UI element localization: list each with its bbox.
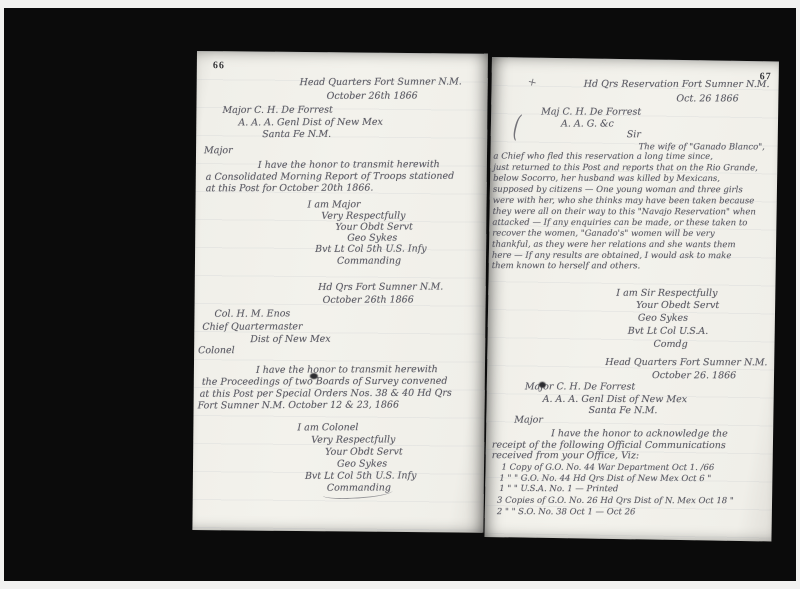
closing-line: Bvt Lt Col U.S.A. [628,326,709,337]
body-line: a Chief who fled this reservation a long… [493,152,713,163]
closing-line: Comdg [653,339,687,350]
body-line: just returned to this Post and reports t… [493,163,758,174]
date-line: October 26. 1866 [652,370,736,381]
body-line: at this Post per Special Orders Nos. 38 … [200,388,452,400]
body-line: the Proceedings of two Boards of Survey … [202,376,448,388]
signature-line: Geo Sykes [347,233,397,244]
body-line: supposed by citizens — One young woman a… [493,185,743,196]
closing-line: Commanding [337,256,401,267]
closing-line: Bvt Lt Col 5th U.S. Infy [315,243,427,254]
closing-line: Very Respectfully [311,434,395,445]
list-line: 2 " " S.O. No. 38 Oct 1 — Oct 26 [497,507,636,518]
list-line: 1 " " U.S.A. No. 1 — Printed [499,484,618,495]
ink-blot [310,373,318,379]
body-line: I have the honor to acknowledge the [551,428,728,439]
address-line: Maj C. H. De Forrest [541,106,641,117]
address-line: Chief Quartermaster [202,321,302,332]
left-page: 66 Head Quarters Fort Sumner N.M. Octobe… [192,51,488,533]
closing-line: Your Obedt Servt [636,300,719,311]
salutation: Sir [627,129,641,140]
body-line: below Socorro, her husband was killed by… [493,174,720,185]
right-page: 67 + ( Hd Qrs Reservation Fort Sumner N.… [484,57,779,541]
closing-line: I am Major [308,199,361,210]
salutation: Major [514,415,543,426]
scanned-document-frame: 66 Head Quarters Fort Sumner N.M. Octobe… [0,0,800,589]
margin-brace-mark: ( [511,109,522,145]
body-line: I have the honor to transmit herewith [258,159,440,171]
body-line: they were all on their way to this "Nava… [493,207,756,218]
heading-line: Head Quarters Fort Sumner N.M. [605,357,767,368]
address-line: Dist of New Mex [250,334,330,345]
closing-line: Very Respectfully [321,210,405,221]
body-line: attacked — If any enquiries can be made,… [492,218,747,229]
body-line: them known to herself and others. [492,261,641,272]
body-line: recover the women, "Ganado's" women will… [492,229,714,240]
ink-blot [539,382,546,388]
body-line: thankful, as they were her relations and… [492,240,735,251]
address-line: Santa Fe N.M. [588,405,657,416]
address-line: Major C. H. De Forrest [222,105,332,116]
address-line: Santa Fe N.M. [262,129,331,140]
body-line: were with her, who she thinks may have b… [493,196,755,207]
address-line: A. A. A. Genl Dist of New Mex [238,117,383,129]
heading-line: Head Quarters Fort Sumner N.M. [285,76,477,88]
date-line: Oct. 26 1866 [676,93,738,104]
closing-line: I am Sir Respectfully [616,288,717,299]
address-line: A. A. G. &c [561,118,614,129]
salutation: Colonel [198,345,235,356]
body-line: Fort Sumner N.M. October 12 & 23, 1866 [198,400,399,412]
closing-line: Your Obdt Servt [335,222,413,233]
date-line: October 26th 1866 [323,294,414,305]
salutation: Major [204,145,233,156]
signature-flourish [323,486,393,500]
signature-line: Geo Sykes [337,458,387,469]
closing-line: Your Obdt Servt [325,446,403,457]
heading-line: Hd Qrs Reservation Fort Sumner N.M. [582,79,772,90]
body-line: I have the honor to transmit herewith [256,364,438,376]
heading-line: Hd Qrs Fort Sumner N.M. [293,281,469,293]
signature-line: Geo Sykes [638,313,688,324]
body-line: received from your Office, Viz: [492,450,639,461]
margin-tick-mark: + [526,75,538,90]
body-line: at this Post for October 20th 1866. [206,183,374,195]
closing-line: Bvt Lt Col 5th U.S. Infy [305,470,417,481]
page-number: 66 [213,60,225,71]
address-line: A. A. A. Genl Dist of New Mex [543,394,688,405]
body-line: a Consolidated Morning Report of Troops … [206,171,454,183]
closing-line: I am Colonel [297,422,358,433]
date-line: October 26th 1866 [327,90,418,101]
address-line: Col. H. M. Enos [214,308,290,319]
list-line: 1 Copy of G.O. No. 44 War Department Oct… [502,463,715,474]
list-line: 3 Copies of G.O. No. 26 Hd Qrs Dist of N… [497,496,734,507]
